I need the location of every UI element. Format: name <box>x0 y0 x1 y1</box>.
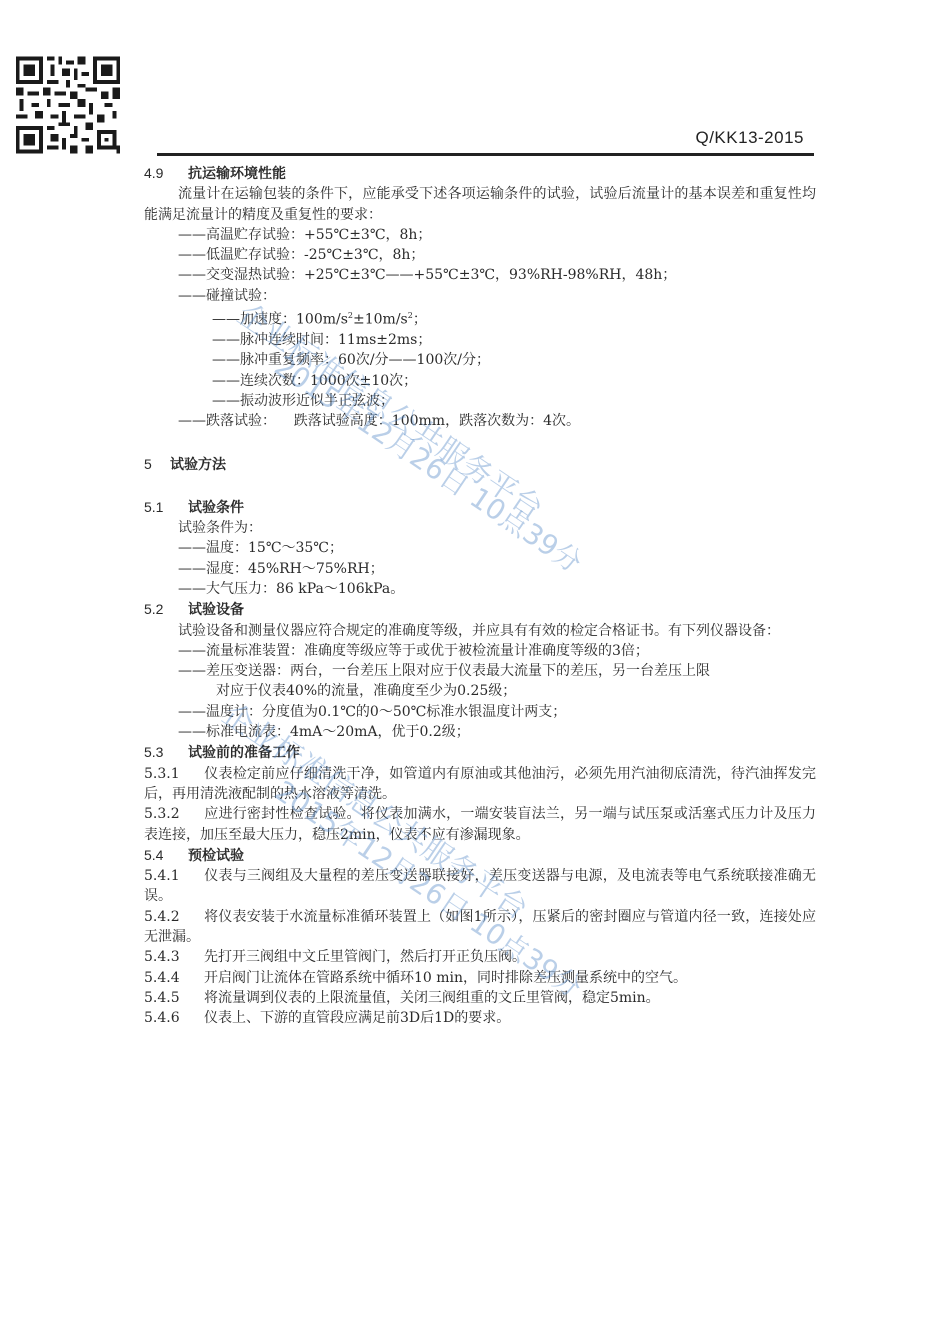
section-heading-4-9: 4.9抗运输环境性能 <box>144 163 816 184</box>
clause-5-4-2: 5.4.2将仪表安装于水流量标准循环装置上（如图1所示），压紧后的密封圈应与管道… <box>144 907 816 948</box>
clause-5-4-5: 5.4.5将流量调到仪表的上限流量值，关闭三阀组重的文丘里管阀，稳定5min。 <box>144 988 816 1008</box>
list-item: ——湿度：45%RH～75%RH； <box>144 559 816 579</box>
list-item: ——脉冲连续时间：11ms±2ms； <box>144 330 816 350</box>
standard-number: Q/KK13-2015 <box>695 128 804 148</box>
section-heading-5-1: 5.1试验条件 <box>144 497 816 518</box>
clause-5-4-1: 5.4.1仪表与三阀组及大量程的差压变送器联接好，差压变送器与电源，及电流表等电… <box>144 866 816 907</box>
list-item: ——脉冲重复频率：60次/分——100次/分； <box>144 350 816 370</box>
list-item-acceleration: ——加速度：100m/s2±10m/s2； <box>144 306 816 330</box>
list-item: ——振动波形近似半正弦波； <box>144 391 816 411</box>
clause-5-3-2: 5.3.2应进行密封性检查试验。将仪表加满水，一端安装盲法兰，另一端与试压泵或活… <box>144 804 816 845</box>
list-item: ——差压变送器：两台，一台差压上限对应于仪表最大流量下的差压，另一台差压上限 <box>144 661 816 681</box>
document-body: 4.9抗运输环境性能 流量计在运输包装的条件下，应能承受下述各项运输条件的试验，… <box>144 163 816 1029</box>
list-item: ——大气压力：86 kPa～106kPa。 <box>144 579 816 599</box>
list-item: ——连续次数：1000次±10次； <box>144 371 816 391</box>
list-item: ——交变湿热试验：+25℃±3℃——+55℃±3℃，93%RH-98%RH，48… <box>144 265 816 285</box>
section-4-9-intro: 流量计在运输包装的条件下，应能承受下述各项运输条件的试验，试验后流量计的基本误差… <box>144 184 816 225</box>
section-heading-5-3: 5.3试验前的准备工作 <box>144 742 816 763</box>
list-item: ——低温贮存试验：-25℃±3℃，8h； <box>144 245 816 265</box>
section-5-1-intro: 试验条件为： <box>144 518 816 538</box>
list-item: ——跌落试验： 跌落试验高度：100mm，跌落次数为：4次。 <box>144 411 816 431</box>
header-divider <box>157 153 814 156</box>
clause-5-4-6: 5.4.6仪表上、下游的直管段应满足前3D后1D的要求。 <box>144 1008 816 1028</box>
clause-5-3-1: 5.3.1仪表检定前应仔细清洗干净，如管道内有原油或其他油污，必须先用汽油彻底清… <box>144 764 816 805</box>
section-5-2-intro: 试验设备和测量仪器应符合规定的准确度等级，并应具有有效的检定合格证书。有下列仪器… <box>144 621 816 641</box>
list-item: ——流量标准装置：准确度等级应等于或优于被检流量计准确度等级的3倍； <box>144 641 816 661</box>
list-item: ——标准电流表：4mA～20mA，优于0.2级； <box>144 722 816 742</box>
list-item: ——高温贮存试验：+55℃±3℃，8h； <box>144 225 816 245</box>
section-heading-5-4: 5.4预检试验 <box>144 845 816 866</box>
list-item: ——温度计：分度值为0.1℃的0～50℃标准水银温度计两支； <box>144 702 816 722</box>
clause-5-4-4: 5.4.4开启阀门让流体在管路系统中循环10 min，同时排除差压测量系统中的空… <box>144 968 816 988</box>
qr-code-icon <box>12 52 124 158</box>
list-item: ——温度：15℃～35℃； <box>144 538 816 558</box>
section-heading-5-2: 5.2试验设备 <box>144 599 816 620</box>
list-item-continuation: 对应于仪表40%的流量，准确度至少为0.25级； <box>144 681 816 701</box>
clause-5-4-3: 5.4.3先打开三阀组中文丘里管阀门，然后打开正负压阀。 <box>144 947 816 967</box>
section-heading-5: 5试验方法 <box>144 454 816 475</box>
list-item: ——碰撞试验： <box>144 286 816 306</box>
